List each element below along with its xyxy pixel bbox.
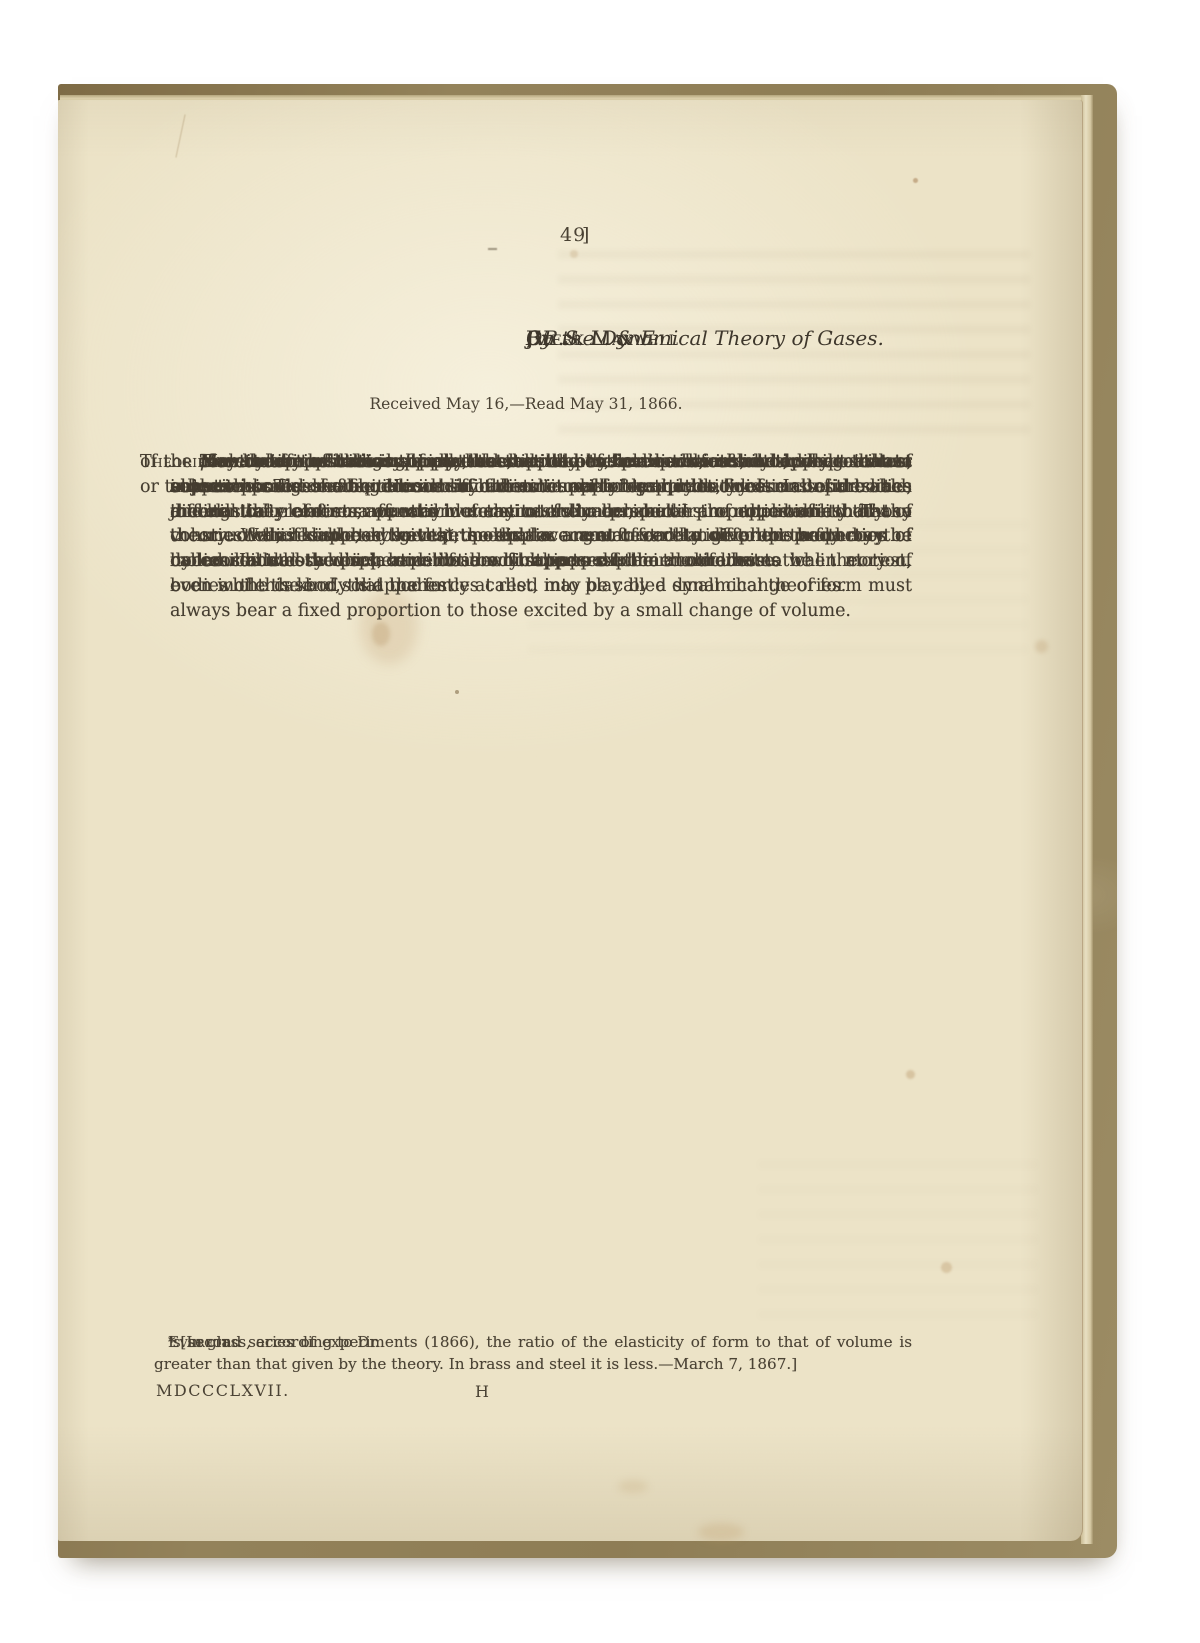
foxing-spot [372,622,390,646]
foxing-spot [618,1480,648,1493]
foxing-spot [1035,640,1048,653]
book-page: 49] IV. On the Dynamical Theory of Gases… [58,100,1083,1541]
bleedthrough-ghost-text [758,1160,1038,1330]
page-footer: MDCCCLXVII. H [140,1381,912,1405]
foxing-spot [570,250,578,258]
foxing-spot [941,1262,952,1273]
volume-year: MDCCCLXVII. [156,1381,290,1400]
foxing-spot [698,1523,744,1541]
foxing-spot [913,178,918,183]
received-line: Received May 16,—Read May 31, 1866. [140,395,912,413]
print-artifact-dash [488,248,497,250]
header-bracket: ] [582,224,590,246]
foxing-spot [455,690,459,694]
foxing-spot [906,1070,915,1079]
text-run: ’s second series of experiments (1866), … [154,1332,912,1375]
signature-mark: H [475,1382,489,1401]
scanned-book-page-photo: 49] IV. On the Dynamical Theory of Gases… [0,0,1200,1643]
paper-crease [175,114,185,157]
text-run: F.R.S. L. & E [526,326,655,350]
text-run: The dynamical theory supposes that the m… [170,450,912,500]
